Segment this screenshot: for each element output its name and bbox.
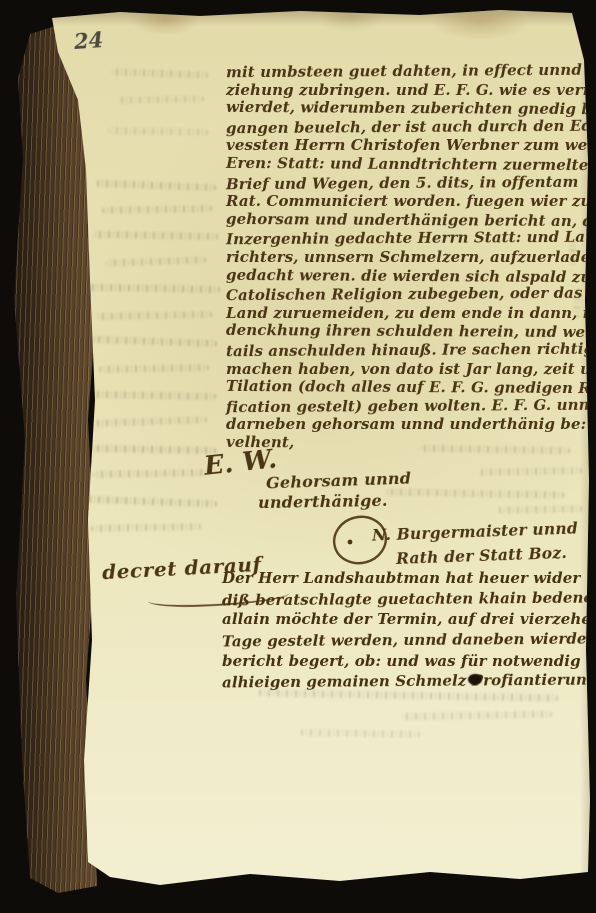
bleed-through-scribble [106,256,206,266]
bleed-through-scribble [86,445,216,454]
manuscript-line: Tilation (doch alles auf E. F. G. gnedig… [226,377,586,398]
manuscript-text-block: mit umbsteen guet dahten, in effect unnd… [226,62,586,452]
decree-line: alhieigen gemainen Schmelz Profiantierun… [222,670,594,694]
bleed-through-scribble [99,364,209,373]
closing-line: underthänige. [258,491,388,512]
bleed-through-scribble [498,505,582,513]
bleed-through-scribble [478,467,582,476]
decree-line: Der Herr Landshaubtman hat heuer wider [222,568,594,589]
decree-text-block: Der Herr Landshaubtman hat heuer wider d… [222,568,594,692]
bleed-through-scribble [90,284,220,293]
ink-blot [468,674,482,685]
manuscript-line: Land zuruemeiden, zu dem ende in dann, i… [226,304,586,323]
manuscript-line: denckhung ihren schulden herein, und wei… [226,321,586,342]
decree-line: diß beratschlagte guetachten khain beden… [222,587,594,611]
bleed-through-scribble [94,231,218,240]
bleed-through-scribble [300,729,420,738]
bleed-through-scribble [102,205,212,214]
manuscript-line: darneben gehorsam unnd underthänig be: [226,415,586,434]
bleed-through-scribble [93,469,211,478]
manuscript-line: Brief und Wegen, den 5. dits, in offenta… [226,172,586,193]
manuscript-line: machen haben, von dato ist Jar lang, zei… [226,360,586,379]
manuscript-line: vessten Herrn Christofen Werbner zum wel… [226,136,586,155]
bleed-through-scribble [82,496,217,508]
bleed-through-scribble [88,391,216,400]
manuscript-line: gangen beuelch, der ist auch durch den E… [226,117,586,138]
signature-line: Rath der Statt Boz. [396,543,567,568]
manuscript-line: Rat. Communiciert worden. fuegen wier zu [226,192,586,211]
bleed-through-scribble [118,95,204,103]
manuscript-line: fication gestelt) geben wolten. E. F. G.… [226,395,586,416]
manuscript-line: wierdet, widerumben zuberichten gnedig b… [226,98,586,119]
bleed-through-scribble [91,523,201,532]
bleed-through-scribble [384,488,564,498]
manuscript-line: Catolischen Religion zubegeben, oder das [226,284,586,305]
manuscript-line: mit umbsteen guet dahten, in effect unnd… [226,61,586,82]
folio-number: 24 [73,27,104,54]
bleed-through-scribble [96,180,216,191]
bleed-through-scribble [92,336,217,347]
manuscript-photo: 24 mit umbsteen guet dahten, in effect u… [0,0,596,913]
decree-line: bericht begert, ob: und was für notwendi… [222,651,594,672]
manuscript-line: gedacht weren. die wierden sich alspald … [226,265,586,286]
bleed-through-scribble [108,127,208,136]
manuscript-line: Inzergenhin gedachte Herrn Statt: und La… [226,228,586,249]
manuscript-line: richters, unnsern Schmelzern, aufzuerlad… [226,248,586,267]
bleed-through-scribble [112,68,208,78]
bleed-through-scribble [95,416,207,427]
bleed-through-scribble [402,711,552,721]
bleed-through-scribble [97,311,212,320]
signature-line: N. Burgermaister unnd [372,518,578,544]
decree-line: allain möchte der Termin, auf drei vierz… [222,609,594,630]
manuscript-line: Eren: Statt: und Lanndtrichtern zuermelt… [226,154,586,175]
manuscript-line: velhent, [226,433,586,454]
decree-line: Tage gestelt werden, unnd daneben wierde… [222,629,594,653]
manuscript-line: ziehung zubringen. und E. F. G. wie es v… [226,81,586,100]
manuscript-line: tails anschulden hinauß. Ire sachen rich… [226,340,586,361]
